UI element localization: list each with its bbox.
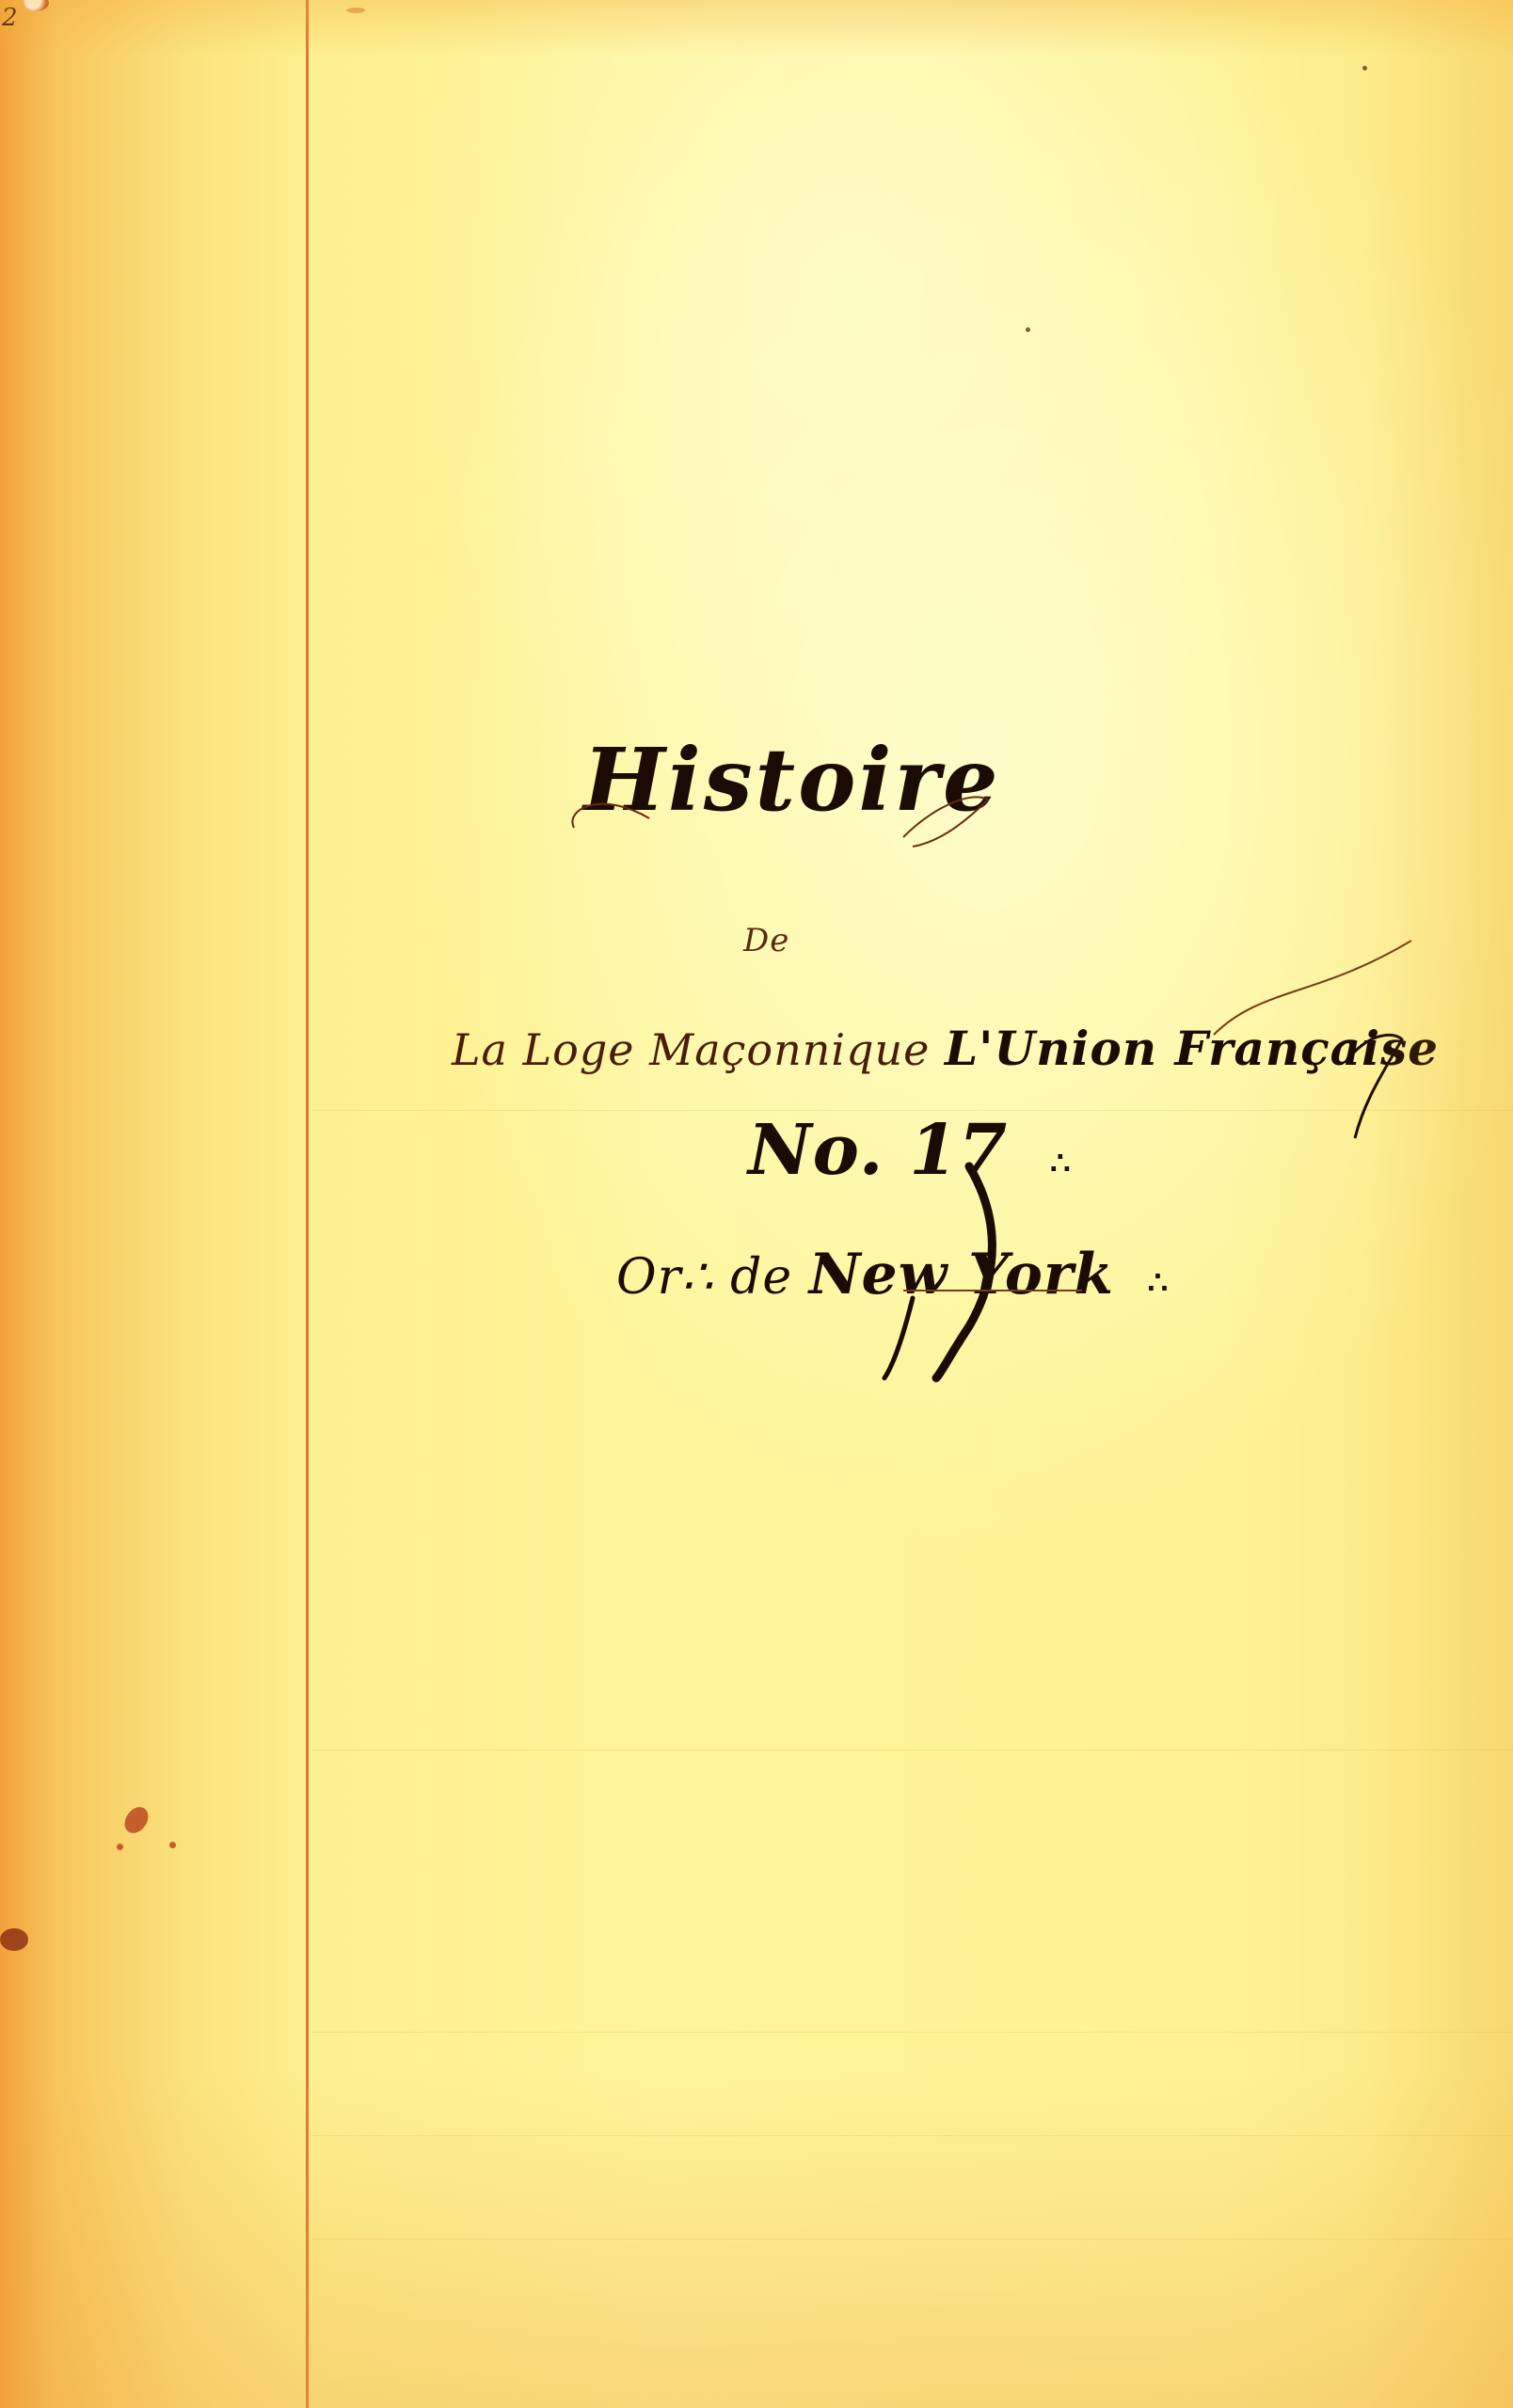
orient-city: New York [809,1242,1114,1307]
title-histoire: Histoire [583,729,1000,831]
ink-spot [1362,66,1367,71]
corner-wear-mark [23,0,49,11]
ink-smudge [346,8,365,13]
ink-spot [117,1844,123,1850]
ink-spot [1026,327,1030,332]
ruled-line [311,1750,1513,1751]
preposition-de: De [743,922,789,959]
ink-spot [169,1842,176,1848]
ruled-line [311,2032,1513,2033]
masonic-dots: ∴ [1148,1264,1169,1302]
masonic-dots: ∴ [1050,1145,1071,1182]
margin-rule-line [306,0,309,2408]
lodge-name: L'Union Française [945,1021,1439,1076]
ink-stain [0,1928,28,1951]
ruled-line [311,2239,1513,2240]
ink-stain [119,1802,152,1837]
lodge-name-line: La Loge Maçonnique L'Union Française [452,1021,1439,1076]
number-value: 17 [909,1110,1008,1191]
page-number: 2 [2,4,18,32]
ruled-line [311,2135,1513,2136]
orient-prefix: Or∴ de [616,1249,792,1306]
orient-line: Or∴ de New York ∴ [616,1242,1168,1307]
lodge-prefix: La Loge Maçonnique [452,1024,930,1075]
number-label: No. [748,1110,884,1191]
manuscript-page: 2 Histoire De La Loge Maçonnique L'Union… [0,0,1513,2408]
lodge-number-line: No. 17 ∴ [748,1110,1071,1191]
